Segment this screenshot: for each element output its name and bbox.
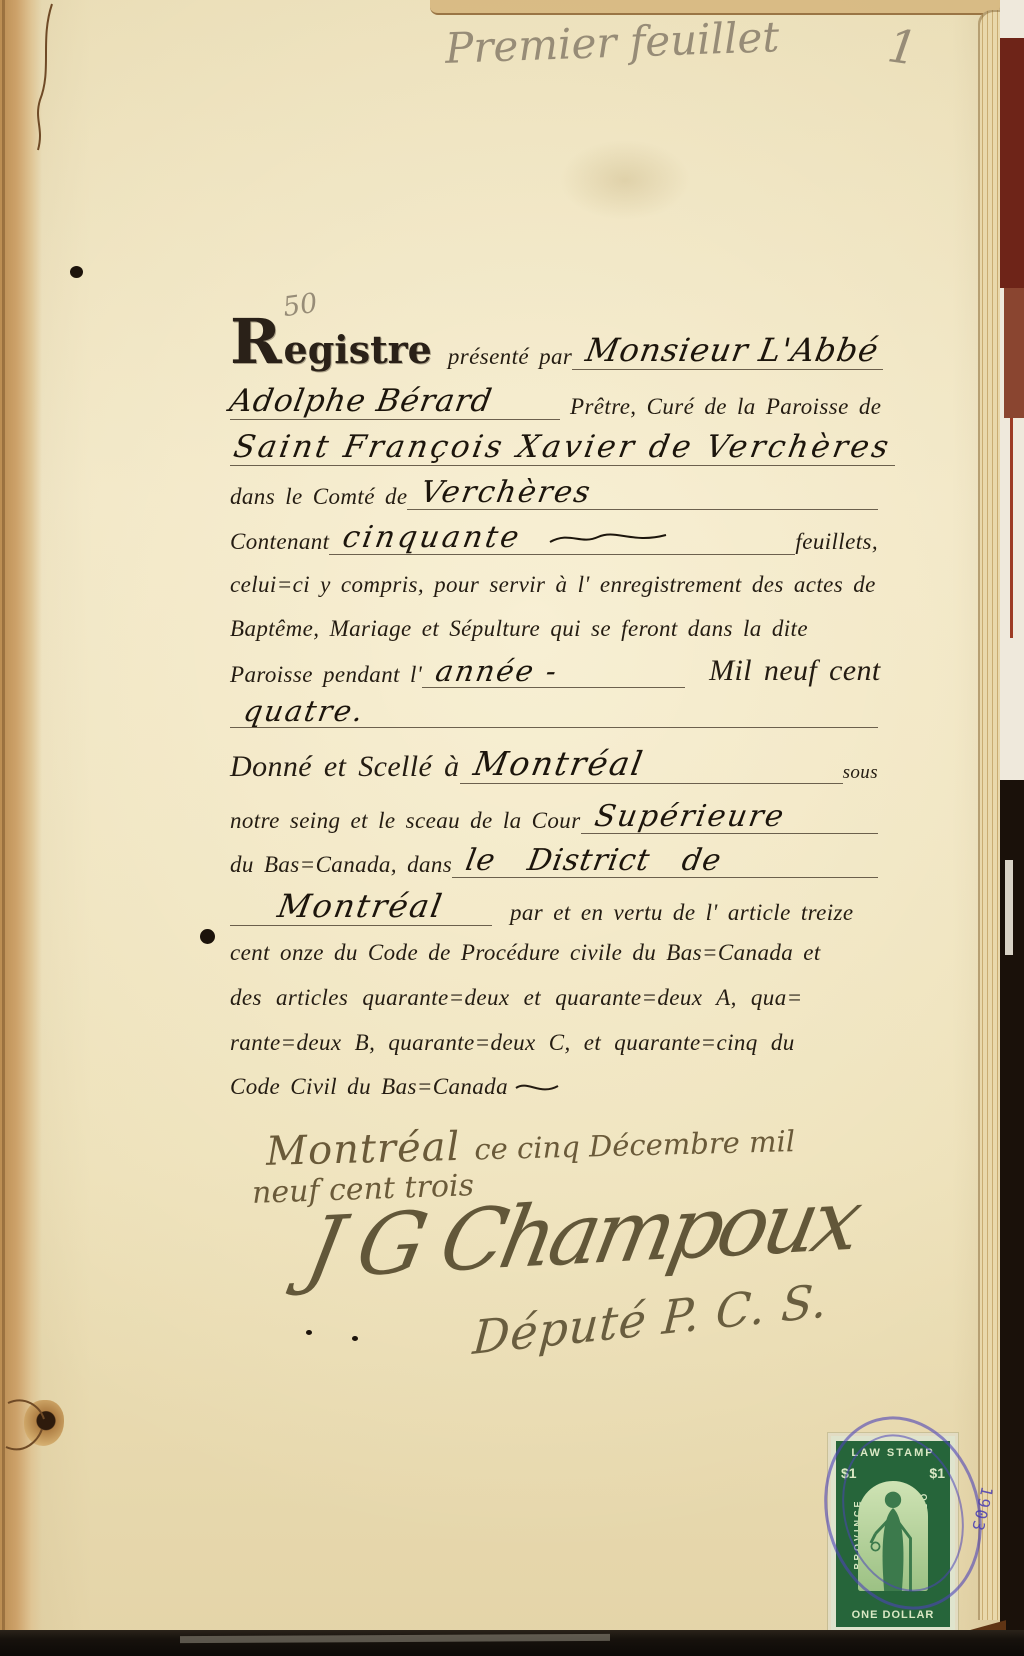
line14-printed: cent onze du Code de Procédure civile du… [230, 940, 821, 966]
form-line-6: celui=ci y compris, pour servir à l' enr… [230, 562, 878, 598]
line10-entry: Montréal [471, 747, 647, 782]
binding-thread [0, 0, 80, 180]
form-line-3: Saint François Xavier de Verchères [230, 426, 878, 466]
line11-blank: Supérieure [581, 801, 878, 835]
line2-blank: Adolphe Bérard [230, 385, 560, 420]
closing-date-text: ce cinq Décembre mil [474, 1124, 796, 1166]
line7-printed: Baptême, Mariage et Sépulture qui se fer… [230, 616, 808, 642]
line13-blank: Montréal [230, 890, 492, 926]
line13-entry: Montréal [276, 890, 447, 924]
line1-entry: Monsieur L'Abbé [583, 334, 881, 368]
line11-entry: Supérieure [592, 801, 787, 833]
line17-printed: Code Civil du Bas=Canada [230, 1074, 508, 1100]
form-line-8: Paroisse pendant l' année - Mil neuf cen… [230, 650, 878, 688]
line4-blank: Verchères [407, 477, 878, 511]
line3-entry: Saint François Xavier de Verchères [231, 431, 894, 464]
line10-printed-a: Donné et Scellé à [230, 750, 460, 785]
end-flourish [514, 1080, 560, 1096]
paper-stain [560, 140, 690, 220]
line12-blank: le District de [452, 845, 878, 879]
ink-spot [200, 929, 215, 944]
form-line-5: Contenant cinquante feuillets, [230, 515, 878, 555]
line12-entry: le District de [463, 845, 724, 877]
form-line-16: rante=deux B, quarante=deux C, et quaran… [230, 1020, 878, 1056]
line6-printed: celui=ci y compris, pour servir à l' enr… [230, 572, 876, 598]
line15-printed: des articles quarante=deux et quarante=d… [230, 985, 803, 1011]
book-cover-red-strip [1004, 288, 1024, 418]
binding-thread [0, 1385, 70, 1475]
line9-blank: quatre. [230, 696, 878, 728]
form-line-2: Adolphe Bérard Prêtre, Curé de la Parois… [230, 380, 878, 420]
form-line-11: notre seing et le sceau de la Cour Supér… [230, 792, 878, 834]
line10-blank: Montréal [460, 747, 843, 784]
form-line-14: cent onze du Code de Procédure civile du… [230, 930, 878, 966]
line8-printed-b: Mil neuf cent [709, 654, 880, 689]
book-cover-red-line [1010, 418, 1013, 638]
line1-blank: Monsieur L'Abbé [572, 334, 882, 370]
stamp-banner-bottom: ONE DOLLAR [840, 1609, 946, 1621]
stacked-page-edges [978, 10, 1000, 1620]
line9-entry: quatre. [241, 696, 367, 726]
line8-printed-a: Paroisse pendant l' [230, 662, 422, 688]
form-line-12: du Bas=Canada, dans le District de [230, 838, 878, 878]
top-page-edge [430, 0, 1000, 15]
form-line-7: Baptême, Mariage et Sépulture qui se fer… [230, 606, 878, 642]
line8-blank: année - [422, 656, 685, 688]
form-line-1: Registre présenté par Monsieur L'Abbé [230, 312, 878, 370]
signature-title: Député P. C. S. [471, 1273, 830, 1365]
line12-printed: du Bas=Canada, dans [230, 852, 452, 878]
bottom-book-edge [0, 1630, 1024, 1656]
registre-title: Registre [230, 314, 432, 370]
line16-printed: rante=deux B, quarante=deux C, et quaran… [230, 1030, 795, 1056]
form-line-4: dans le Comté de Verchères [230, 472, 878, 510]
line2-entry: Adolphe Bérard [227, 385, 495, 418]
line5-blank: cinquante [329, 522, 795, 556]
closing-place: Montréal [265, 1124, 460, 1175]
line2-printed: Prêtre, Curé de la Paroisse de [570, 394, 881, 420]
form-line-15: des articles quarante=deux et quarante=d… [230, 975, 878, 1011]
book-fore-edge [1000, 0, 1024, 1656]
line5-entry: cinquante [341, 522, 525, 554]
closing-dateline: Montréal ce cinq Décembre mil [265, 1115, 795, 1175]
line5-printed-b: feuillets, [795, 529, 878, 555]
law-stamp: LAW STAMP $1 $1 PROVINCE OF QUEBEC ONE D… [831, 1436, 955, 1632]
line10-printed-b: sous [843, 762, 878, 784]
book-cover-red-strip [1000, 38, 1024, 288]
line11-printed: notre seing et le sceau de la Cour [230, 808, 581, 834]
register-page: Premier feuillet 1 50 Registre présenté … [0, 0, 1024, 1656]
line4-entry: Verchères [419, 477, 595, 509]
bottom-edge-streak [180, 1634, 610, 1643]
ink-spot [352, 1336, 358, 1341]
ink-spot [306, 1330, 312, 1335]
line1-printed: présenté par [448, 344, 572, 370]
line4-printed: dans le Comté de [230, 484, 407, 510]
ditto-flourish [548, 529, 668, 547]
page-number: 1 [884, 18, 921, 76]
page-edge-streak [1005, 860, 1013, 955]
form-line-9: quatre. [230, 692, 878, 728]
pencil-top-note: Premier feuillet [444, 12, 780, 73]
form-line-10: Donné et Scellé à Montréal sous [230, 734, 878, 784]
form-line-17: Code Civil du Bas=Canada [230, 1064, 878, 1100]
line3-blank: Saint François Xavier de Verchères [230, 431, 895, 466]
line8-entry: année - [433, 656, 560, 686]
ink-spot [70, 266, 83, 278]
line13-printed: par et en vertu de l' article treize [510, 900, 853, 926]
form-line-13: Montréal par et en vertu de l' article t… [230, 884, 878, 926]
line5-printed-a: Contenant [230, 529, 329, 555]
